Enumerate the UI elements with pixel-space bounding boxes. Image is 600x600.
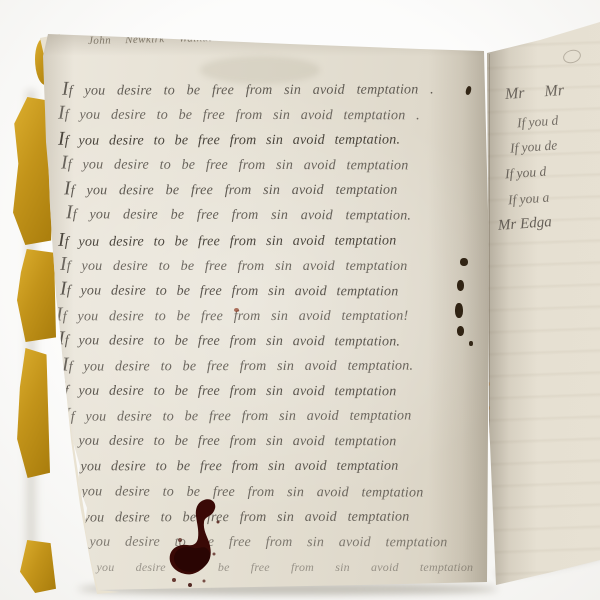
right-page-fragment: If you de: [509, 137, 557, 156]
right-page-fragment: Mr Edga: [497, 214, 552, 235]
right-page-fragment: If you d: [504, 164, 546, 183]
photo-of-copybook: John Newkirk Walnut G Edgar S. Cassaday …: [0, 0, 600, 600]
practice-line: If you desire to be free from sin avoid …: [58, 226, 472, 253]
practice-line: If you desire to be free from sin avoid …: [62, 351, 472, 377]
practice-line: If you desire to be free from sin avoid …: [58, 427, 472, 453]
header-inscription: John Newkirk Walnut G Edgar S. Cassaday …: [88, 25, 498, 47]
practice-line: If you desire to be free from sin avoid …: [64, 402, 472, 429]
cover-edge-patch: [15, 348, 50, 478]
practice-line: If you desire to be free from sin avoid …: [62, 502, 472, 528]
practice-line: If you desire to be free from sin avoid …: [66, 553, 472, 578]
ink-mark: [457, 326, 464, 336]
ink-speck: [234, 308, 239, 312]
gutter-fold-line: [489, 54, 490, 584]
practice-line: If you desire to be free from sin avoid …: [61, 151, 472, 177]
cover-edge-patch: [17, 249, 56, 342]
stitch-hole: [487, 528, 490, 532]
practice-line: If you desire be free from sin avoid tem…: [66, 201, 472, 228]
cover-edge-patch: [20, 540, 56, 593]
right-page-fragment: If you a: [507, 190, 549, 209]
practice-lines: If you desire to be free from sin avoid …: [56, 76, 472, 578]
ghost-oval-mark: [562, 48, 583, 65]
practice-line: If you desire to be free from sin avoid …: [58, 477, 472, 504]
practice-line: If you desire to be free from sin avoid …: [60, 252, 472, 277]
right-page-fragment: If you d: [516, 113, 558, 132]
practice-line: If you desire be free from sin avoid tem…: [64, 176, 472, 202]
practice-line: If you desire to be free from sin avoid …: [64, 527, 472, 553]
stitch-hole: [487, 574, 490, 578]
practice-line: If you desire to be free from sin avoid …: [58, 101, 472, 127]
practice-line: If you desire to be free from sin avoid …: [60, 276, 472, 302]
stitch-hole: [487, 552, 490, 556]
practice-line: If you desire to be free from sin avoid …: [58, 326, 472, 353]
ink-mark: [469, 341, 473, 346]
ink-blot: [160, 494, 230, 590]
ink-mark: [457, 280, 464, 291]
ink-mark: [455, 303, 463, 318]
right-page-fragment: Mr Mr: [504, 82, 564, 104]
practice-line: If you desire to be free from sin avoid …: [62, 75, 472, 102]
practice-line: If you desire to be free from sin avoid …: [56, 301, 472, 327]
practice-line: If you desire to be free from sin avoid …: [58, 125, 472, 152]
practice-line: If you desire to be free from sin avoid …: [60, 452, 472, 478]
ink-mark: [460, 258, 468, 266]
practice-line: If you desire to be free from sin avoid …: [58, 377, 472, 403]
